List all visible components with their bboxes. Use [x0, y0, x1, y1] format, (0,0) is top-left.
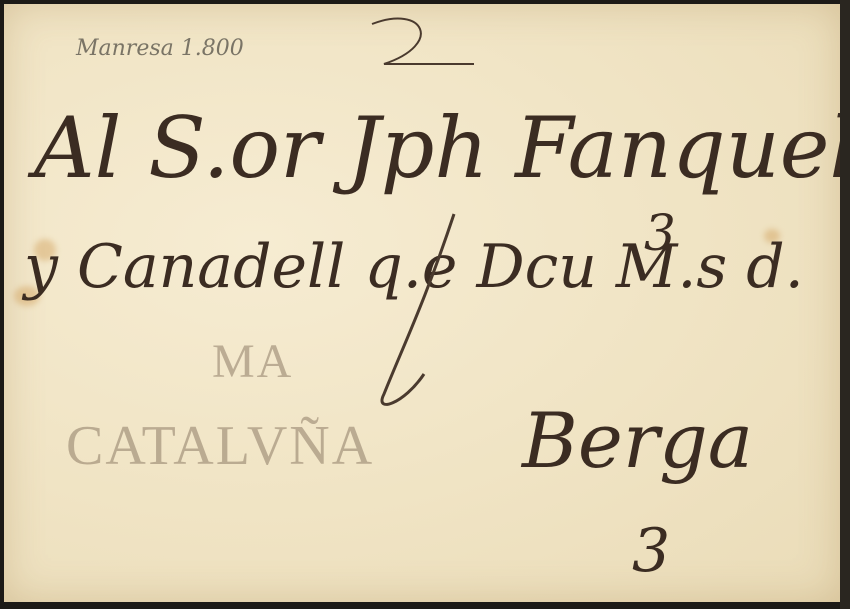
- letter-cover: Manresa 1.800 Al S.or Jph Fanquell y Can…: [4, 4, 840, 602]
- scan-border: [840, 0, 850, 609]
- ink-flourishes: [4, 4, 840, 602]
